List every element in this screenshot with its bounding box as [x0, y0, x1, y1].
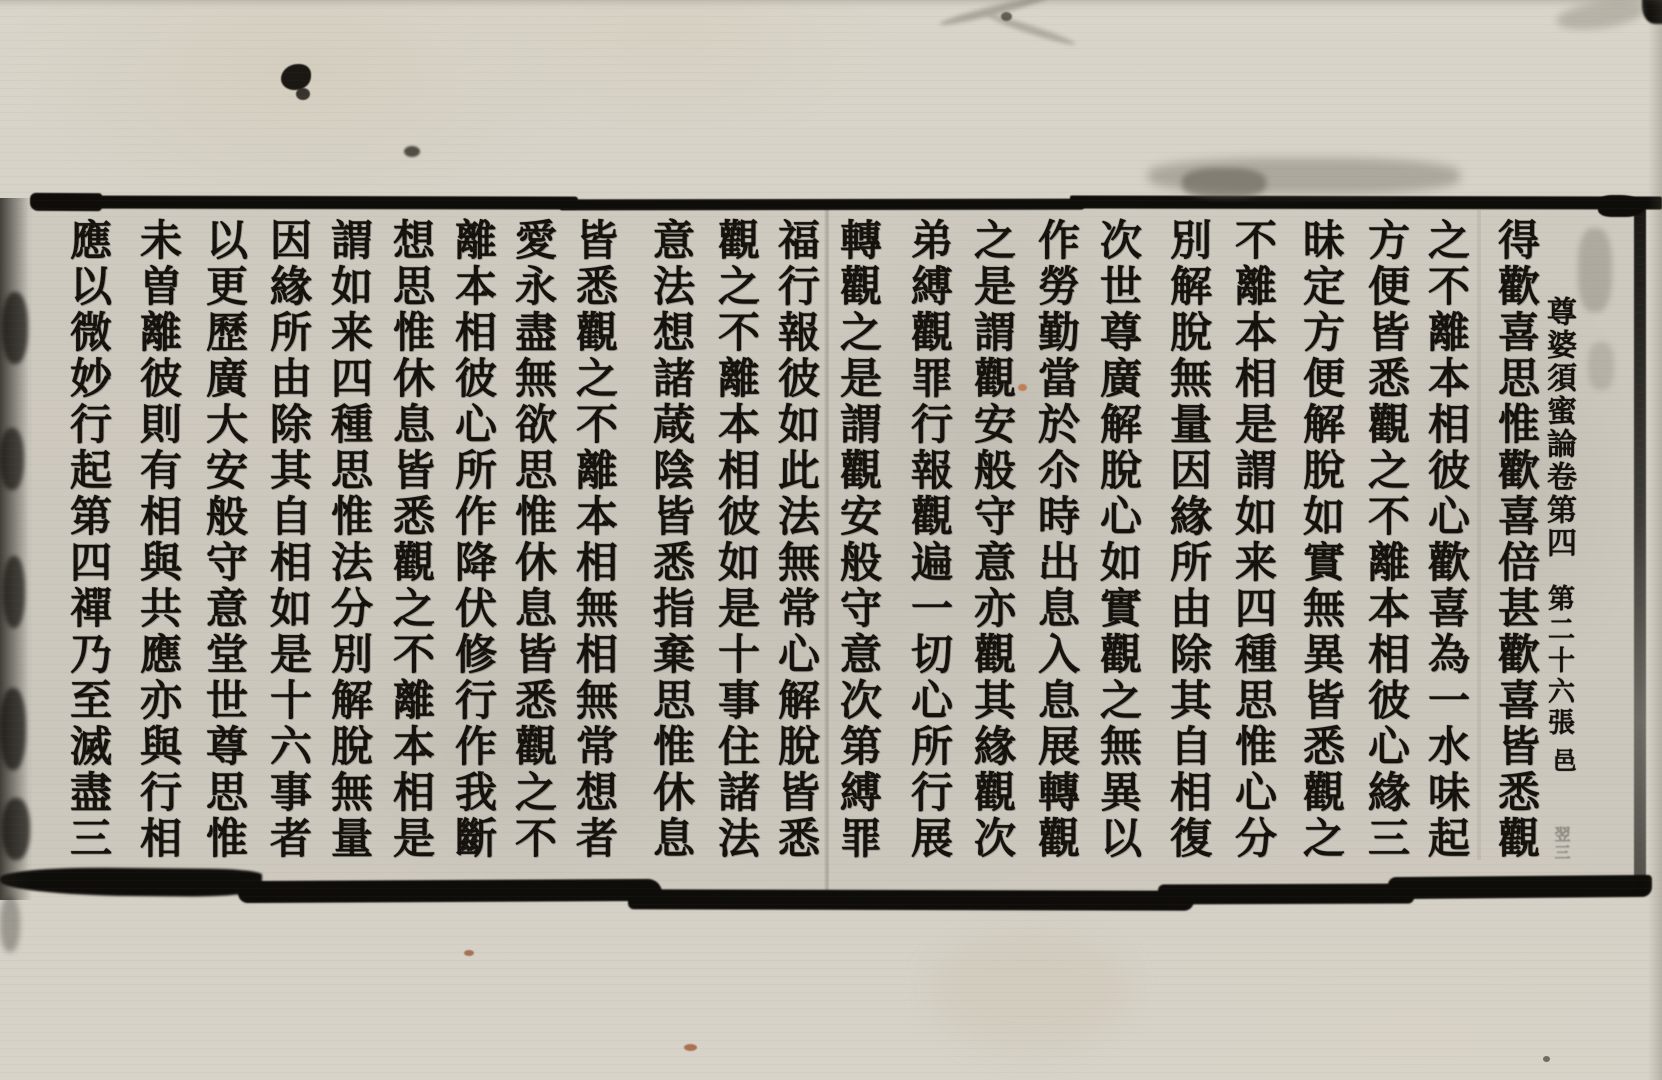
- ghost-bleedthrough: [1578, 228, 1612, 312]
- binding-ink-blotch: [3, 556, 25, 628]
- text-column: 想思惟休息皆悉觀之不離本相是: [386, 218, 434, 880]
- fold-crease: [1477, 210, 1481, 860]
- text-column: 次世尊廣解脫心如實觀之無異以: [1093, 218, 1141, 880]
- text-column: 皆悉觀之不離本相無相無常想者: [569, 218, 617, 880]
- text-column: 得歡喜思惟歡喜倍甚歡喜皆悉觀: [1491, 218, 1539, 880]
- scanned-page: 尊婆須蜜論卷第四 第二十六張 邑 翌三 得歡喜思惟歡喜倍甚歡喜皆悉觀 之不離本相…: [0, 0, 1662, 1080]
- text-column: 方便皆悉觀之不離本相彼心緣三: [1361, 218, 1409, 880]
- text-column: 未曽離彼則有相與共應亦與行相: [133, 218, 181, 880]
- text-column: 觀之不離本相彼如是十事住諸法: [711, 218, 759, 880]
- frame-border-bottom: [238, 879, 662, 903]
- frame-corner-blob: [1598, 195, 1644, 217]
- text-column: 之是謂觀安般守意亦觀其緣觀次: [967, 218, 1015, 880]
- text-column: 作勞勤當於尒時出息入息展轉觀: [1031, 218, 1079, 880]
- ink-speck: [404, 146, 420, 157]
- binding-ink-blotch: [2, 798, 30, 860]
- text-column: 不離本相是謂如来四種思惟心分: [1228, 218, 1276, 880]
- page-edge-shadow: [0, 0, 1662, 8]
- stain-speck: [1543, 1056, 1550, 1062]
- engraver-mark: 邑: [1546, 748, 1576, 772]
- binding-ink-blotch: [0, 688, 26, 770]
- stain-speck: [684, 1044, 697, 1051]
- ink-blot: [296, 88, 310, 100]
- collation-faint-mark: 翌三: [1550, 826, 1570, 870]
- ink-blot: [281, 64, 311, 90]
- smudge: [1182, 168, 1266, 198]
- frame-border-bottom: [1158, 884, 1414, 905]
- text-column: 之不離本相彼心歡喜為一水味起: [1421, 218, 1469, 880]
- stain-speck: [464, 950, 474, 956]
- binding-ink-blotch: [0, 896, 20, 952]
- ghost-bleedthrough: [1588, 342, 1614, 390]
- binding-ink-blotch: [0, 428, 24, 490]
- title-column: 尊婆須蜜論卷第四: [1540, 296, 1576, 576]
- text-column: 應以微妙行起第四禪乃至滅盡三: [63, 218, 111, 880]
- text-column: 弟縛觀罪行報觀遍一切心所行展: [904, 218, 952, 880]
- text-column: 以更歷廣大安般守意堂世尊思惟: [199, 218, 247, 880]
- text-column: 意法想諸葴陰皆悉指棄思惟休息: [646, 218, 694, 880]
- text-column: 昧定方便解脫如實無異皆悉觀之: [1296, 218, 1344, 880]
- text-column: 愛永盡無欲思惟休息皆悉觀之不: [508, 218, 556, 880]
- frame-border-right: [1634, 204, 1646, 894]
- stain-speck: [1018, 384, 1027, 391]
- text-column: 福行報彼如此法無常心解脫皆悉: [771, 218, 819, 880]
- frame-border-top: [1070, 195, 1662, 209]
- fold-crease: [824, 202, 830, 898]
- frame-border-top: [33, 195, 578, 209]
- frame-border-top: [560, 199, 1085, 211]
- binding-ink-blotch: [2, 292, 28, 364]
- page-edge-shadow: [1648, 0, 1662, 1080]
- sheet-number-label: 第二十六張: [1542, 584, 1576, 749]
- stain: [930, 930, 1130, 1050]
- text-column: 轉觀之是謂觀安般守意次第縛罪: [833, 218, 881, 880]
- text-column: 別解脫無量因緣所由除其自相復: [1163, 218, 1211, 880]
- text-column: 因緣所由除其自相如是十六事者: [263, 218, 311, 880]
- text-column: 離本相彼心所作降伏修行作我斷: [448, 218, 496, 880]
- text-column: 謂如来四種思惟法分別解脫無量: [324, 218, 372, 880]
- ink-speck: [1001, 12, 1012, 21]
- frame-border-bottom: [628, 889, 1194, 910]
